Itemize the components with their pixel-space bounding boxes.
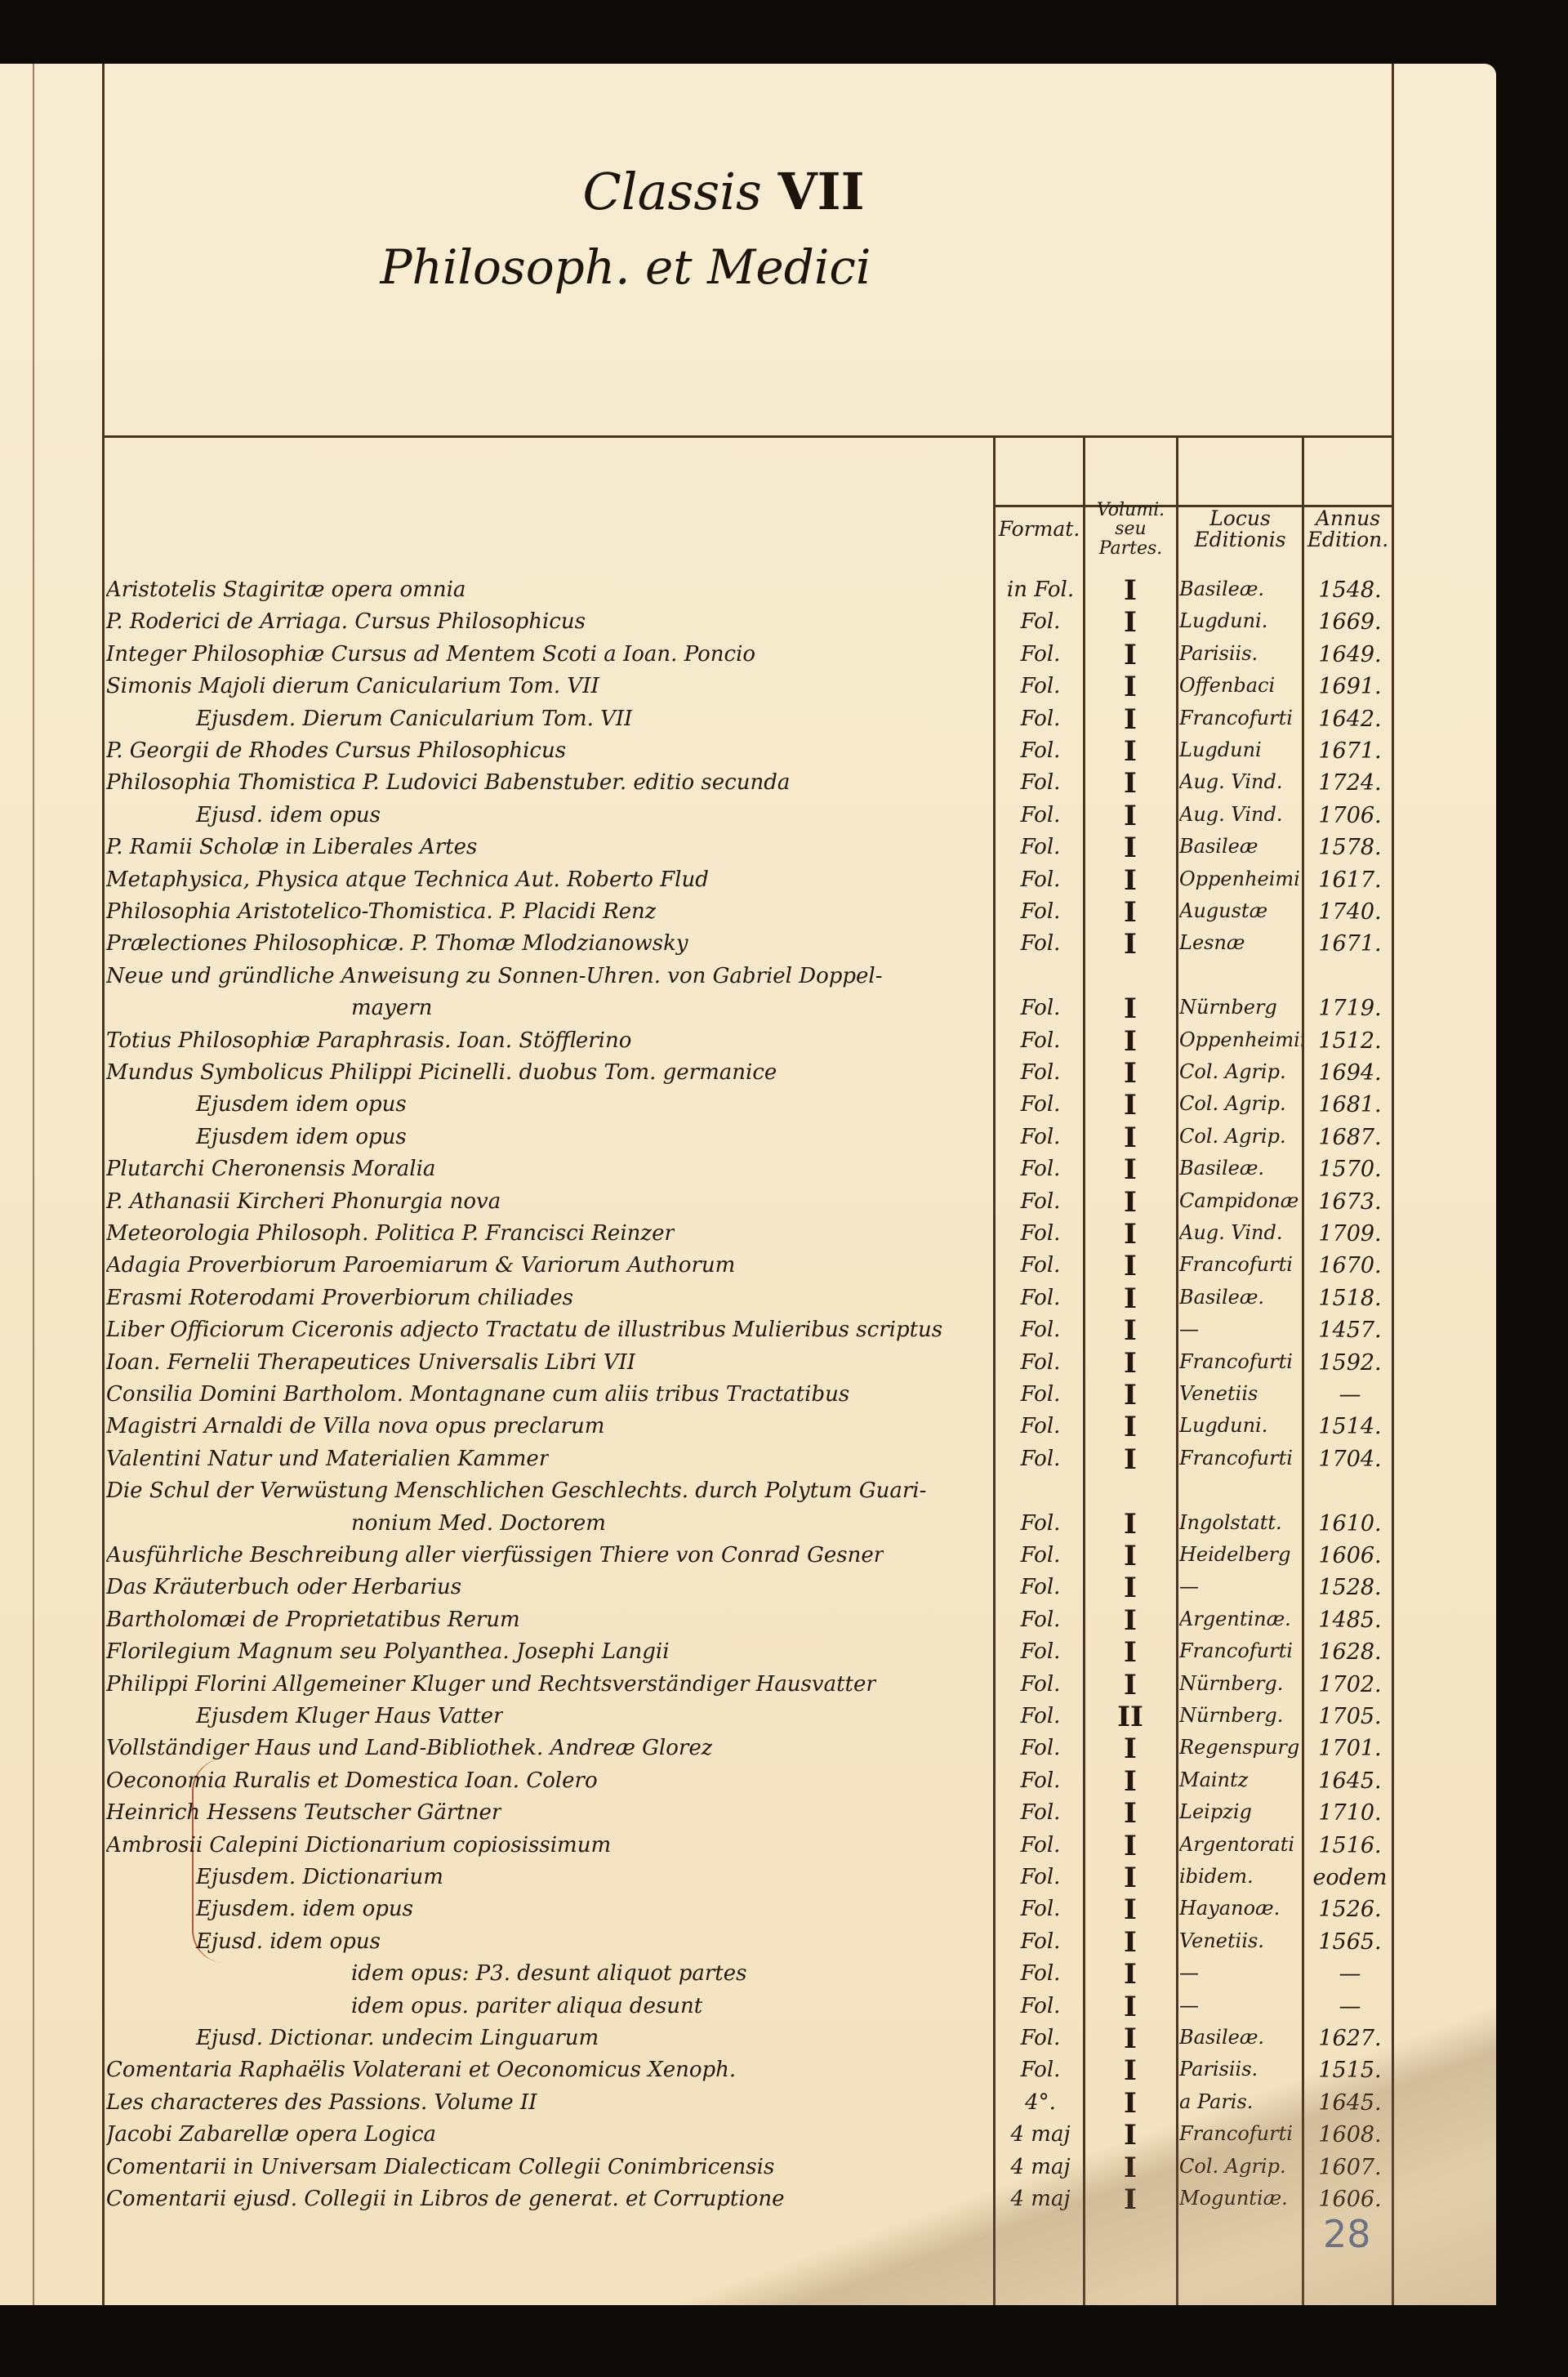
entry-locus: Venetiis. bbox=[1179, 1929, 1302, 1952]
table-row: Ejusdem. Dierum Canicularium Tom. VII Fo… bbox=[101, 703, 1396, 736]
entry-locus: Francofurti bbox=[1179, 707, 1302, 729]
entry-year: 1649. bbox=[1306, 642, 1394, 667]
table-row: P. Georgii de Rhodes Cursus Philosophicu… bbox=[101, 735, 1396, 768]
entry-volumes: I bbox=[1085, 1089, 1175, 1122]
entry-year: 1514. bbox=[1306, 1414, 1394, 1439]
entry-volumes: I bbox=[1085, 2183, 1175, 2216]
entry-locus: Heidelberg bbox=[1179, 1543, 1302, 1566]
entry-year: 1610. bbox=[1306, 1511, 1394, 1536]
entry-format: Fol. bbox=[1000, 1672, 1081, 1697]
entry-year: 1606. bbox=[1306, 2187, 1394, 2212]
class-label: Classis bbox=[582, 162, 762, 221]
entry-year: 1702. bbox=[1306, 1672, 1394, 1697]
table-row: Comentarii in Universam Dialecticam Coll… bbox=[101, 2152, 1396, 2184]
entry-year: 1526. bbox=[1306, 1897, 1394, 1922]
table-row: Plutarchi Cheronensis Moralia Fol. I Bas… bbox=[101, 1153, 1396, 1186]
entry-format: Fol. bbox=[1000, 1736, 1081, 1760]
entry-title: Philosophia Aristotelico-Thomistica. P. … bbox=[106, 899, 656, 924]
entry-year: 1645. bbox=[1306, 2090, 1394, 2116]
entry-format: Fol. bbox=[1000, 931, 1081, 956]
entry-title: Metaphysica, Physica atque Technica Aut.… bbox=[106, 867, 709, 892]
entry-locus: Francofurti bbox=[1179, 1447, 1302, 1469]
entry-year: 1627. bbox=[1306, 2026, 1394, 2051]
entry-format: Fol. bbox=[1000, 1575, 1081, 1599]
entry-title: Ejusdem. Dictionarium bbox=[106, 1865, 443, 1889]
entry-format: Fol. bbox=[1000, 1414, 1081, 1438]
entry-locus: Parisiis. bbox=[1179, 642, 1302, 665]
table-row: Heinrich Hessens Teutscher Gärtner Fol. … bbox=[101, 1797, 1396, 1830]
entry-locus: Oppenheimii bbox=[1179, 1028, 1302, 1051]
entry-year: 1704. bbox=[1306, 1447, 1394, 1472]
entry-format: Fol. bbox=[1000, 1704, 1081, 1728]
entry-volumes: I bbox=[1085, 896, 1175, 929]
table-row: Adagia Proverbiorum Paroemiarum & Varior… bbox=[101, 1250, 1396, 1282]
entry-year: 1570. bbox=[1306, 1157, 1394, 1182]
table-row: Totius Philosophiæ Paraphrasis. Ioan. St… bbox=[101, 1025, 1396, 1058]
entry-title: Ejusd. idem opus bbox=[106, 1929, 381, 1954]
entry-locus: Col. Agrip. bbox=[1179, 1092, 1302, 1115]
entry-title: Integer Philosophiæ Cursus ad Mentem Sco… bbox=[106, 642, 755, 667]
entry-year: 1694. bbox=[1306, 1060, 1394, 1086]
entry-volumes: I bbox=[1085, 2152, 1175, 2184]
entry-format: Fol. bbox=[1000, 707, 1081, 731]
entry-title: nonium Med. Doctorem bbox=[106, 1511, 606, 1536]
table-row: Ioan. Fernelii Therapeutices Universalis… bbox=[101, 1347, 1396, 1380]
entry-locus: Francofurti bbox=[1179, 2122, 1302, 2145]
entry-locus: Aug. Vind. bbox=[1179, 803, 1302, 826]
entry-volumes: I bbox=[1085, 1186, 1175, 1219]
table-row: Meteorologia Philosoph. Politica P. Fran… bbox=[101, 1218, 1396, 1251]
entry-title: Ejusdem idem opus bbox=[106, 1092, 407, 1117]
entry-format: Fol. bbox=[1000, 1994, 1081, 2018]
entry-volumes: I bbox=[1085, 2054, 1175, 2087]
table-row: Ausführliche Beschreibung aller vierfüss… bbox=[101, 1540, 1396, 1572]
entry-locus: Basileæ bbox=[1179, 835, 1302, 858]
entry-title: Comentaria Raphaëlis Volaterani et Oecon… bbox=[106, 2058, 736, 2082]
entry-locus: Leipzig bbox=[1179, 1800, 1302, 1823]
entry-year: 1701. bbox=[1306, 1736, 1394, 1761]
table-row: Mundus Symbolicus Philippi Picinelli. du… bbox=[101, 1057, 1396, 1090]
entry-year: 1642. bbox=[1306, 707, 1394, 732]
entry-locus: Aug. Vind. bbox=[1179, 1221, 1302, 1244]
table-row: idem opus. pariter aliqua desunt Fol. I … bbox=[101, 1991, 1396, 2023]
entry-title: Ejusd. Dictionar. undecim Linguarum bbox=[106, 2026, 599, 2050]
binding-fold-line bbox=[33, 64, 34, 2305]
entry-volumes: I bbox=[1085, 574, 1175, 607]
table-row: Comentarii ejusd. Collegii in Libros de … bbox=[101, 2183, 1396, 2216]
column-header-annus-label: Annus Edition. bbox=[1304, 508, 1392, 551]
entry-format: Fol. bbox=[1000, 1189, 1081, 1214]
table-row: Ejusdem. Dictionarium Fol. I ibidem. eod… bbox=[101, 1862, 1396, 1894]
entry-format: Fol. bbox=[1000, 1639, 1081, 1664]
entry-title: Magistri Arnaldi de Villa nova opus prec… bbox=[106, 1414, 604, 1438]
entry-format: Fol. bbox=[1000, 1608, 1081, 1632]
entry-format: Fol. bbox=[1000, 899, 1081, 924]
entry-title: Ausführliche Beschreibung aller vierfüss… bbox=[106, 1543, 884, 1568]
entry-format: Fol. bbox=[1000, 609, 1081, 634]
column-header-locus-label: Locus Editionis bbox=[1178, 508, 1302, 551]
entry-locus: Moguntiæ. bbox=[1179, 2187, 1302, 2210]
table-row: Die Schul der Verwüstung Menschlichen Ge… bbox=[101, 1475, 1396, 1508]
table-row: Ejusdem idem opus Fol. I Col. Agrip. 168… bbox=[101, 1122, 1396, 1154]
entry-locus: Lesnæ bbox=[1179, 931, 1302, 954]
entry-title: Das Kräuterbuch oder Herbarius bbox=[106, 1575, 461, 1599]
entry-volumes: I bbox=[1085, 2022, 1175, 2055]
entry-year: 1645. bbox=[1306, 1768, 1394, 1794]
entry-locus: Parisiis. bbox=[1179, 2058, 1302, 2080]
page-number: 28 bbox=[1323, 2212, 1371, 2256]
entry-year: 1515. bbox=[1306, 2058, 1394, 2083]
entry-format: Fol. bbox=[1000, 803, 1081, 827]
table-row: P. Roderici de Arriaga. Cursus Philosoph… bbox=[101, 606, 1396, 639]
entry-volumes: I bbox=[1085, 1862, 1175, 1894]
entry-format: Fol. bbox=[1000, 1800, 1081, 1825]
entry-volumes: II bbox=[1085, 1701, 1175, 1733]
class-subtitle: Philosoph. et Medici bbox=[0, 239, 1374, 295]
table-row: Comentaria Raphaëlis Volaterani et Oecon… bbox=[101, 2054, 1396, 2087]
entry-locus: Ingolstatt. bbox=[1179, 1511, 1302, 1534]
entry-volumes: I bbox=[1085, 1122, 1175, 1154]
entry-volumes: I bbox=[1085, 1733, 1175, 1765]
entry-title: Comentarii ejusd. Collegii in Libros de … bbox=[106, 2187, 784, 2211]
table-row: Liber Officiorum Ciceronis adjecto Tract… bbox=[101, 1314, 1396, 1347]
entry-format: Fol. bbox=[1000, 1768, 1081, 1793]
entry-year: eodem bbox=[1306, 1865, 1394, 1890]
entry-year: 1565. bbox=[1306, 1929, 1394, 1955]
entry-year: 1671. bbox=[1306, 738, 1394, 764]
entry-format: Fol. bbox=[1000, 1092, 1081, 1117]
entry-title: Vollständiger Haus und Land-Bibliothek. … bbox=[106, 1736, 712, 1760]
table-row: Philippi Florini Allgemeiner Kluger und … bbox=[101, 1669, 1396, 1701]
entry-title: Neue und gründliche Anweisung zu Sonnen-… bbox=[106, 964, 883, 988]
entry-volumes: I bbox=[1085, 1282, 1175, 1315]
entry-volumes: I bbox=[1085, 767, 1175, 800]
entry-volumes: I bbox=[1085, 1572, 1175, 1604]
entry-title: Les characteres des Passions. Volume II bbox=[106, 2090, 537, 2115]
table-row: Neue und gründliche Anweisung zu Sonnen-… bbox=[101, 961, 1396, 993]
entry-year: 1709. bbox=[1306, 1221, 1394, 1246]
entry-locus: Col. Agrip. bbox=[1179, 1060, 1302, 1083]
table-row: Metaphysica, Physica atque Technica Aut.… bbox=[101, 864, 1396, 897]
entry-locus: Hayanoæ. bbox=[1179, 1897, 1302, 1920]
entry-format: Fol. bbox=[1000, 1447, 1081, 1471]
entry-volumes: I bbox=[1085, 2087, 1175, 2120]
entry-title: Ejusdem. Dierum Canicularium Tom. VII bbox=[106, 707, 632, 731]
entry-locus: Basileæ. bbox=[1179, 1157, 1302, 1180]
table-row: Prælectiones Philosophicæ. P. Thomæ Mlod… bbox=[101, 928, 1396, 961]
entry-year: 1671. bbox=[1306, 931, 1394, 957]
entry-volumes: I bbox=[1085, 1347, 1175, 1380]
entry-volumes: I bbox=[1085, 1958, 1175, 1991]
entry-year: 1512. bbox=[1306, 1028, 1394, 1054]
entry-format: Fol. bbox=[1000, 1511, 1081, 1536]
entry-year: 1740. bbox=[1306, 899, 1394, 925]
entry-year: 1669. bbox=[1306, 609, 1394, 635]
entry-title: Comentarii in Universam Dialecticam Coll… bbox=[106, 2155, 774, 2179]
entry-title: Heinrich Hessens Teutscher Gärtner bbox=[106, 1800, 501, 1825]
entry-volumes: I bbox=[1085, 832, 1175, 864]
entry-format: Fol. bbox=[1000, 1060, 1081, 1085]
entry-volumes: I bbox=[1085, 1057, 1175, 1090]
entry-volumes: I bbox=[1085, 1411, 1175, 1443]
table-row: Ejusd. idem opus Fol. I Venetiis. 1565. bbox=[101, 1926, 1396, 1959]
entry-year: 1670. bbox=[1306, 1253, 1394, 1278]
entry-volumes: I bbox=[1085, 800, 1175, 832]
entry-year: 1592. bbox=[1306, 1350, 1394, 1376]
table-row: idem opus: P3. desunt aliquot partes Fol… bbox=[101, 1958, 1396, 1991]
entry-volumes: I bbox=[1085, 1926, 1175, 1959]
entry-format: Fol. bbox=[1000, 1543, 1081, 1568]
column-header-format-label: Format. bbox=[999, 519, 1080, 540]
table-row: Florilegium Magnum seu Polyanthea. Josep… bbox=[101, 1636, 1396, 1669]
table-row: P. Athanasii Kircheri Phonurgia nova Fol… bbox=[101, 1186, 1396, 1219]
entry-format: Fol. bbox=[1000, 1929, 1081, 1954]
table-row: Ejusd. idem opus Fol. I Aug. Vind. 1706. bbox=[101, 800, 1396, 832]
column-header-volumes-label: Volumi. seu Partes. bbox=[1085, 501, 1176, 557]
entry-locus: Campidonæ bbox=[1179, 1189, 1302, 1212]
entry-year: 1710. bbox=[1306, 1800, 1394, 1826]
entry-locus: Lugduni. bbox=[1179, 609, 1302, 632]
table-row: Les characteres des Passions. Volume II … bbox=[101, 2087, 1396, 2120]
entry-volumes: I bbox=[1085, 735, 1175, 768]
entry-title: Bartholomæi de Proprietatibus Rerum bbox=[106, 1608, 520, 1632]
entry-year: 1719. bbox=[1306, 996, 1394, 1021]
entry-year: 1691. bbox=[1306, 674, 1394, 699]
entry-volumes: I bbox=[1085, 1443, 1175, 1476]
entry-title: Ejusd. idem opus bbox=[106, 803, 381, 827]
entry-format: 4 maj bbox=[1000, 2155, 1081, 2179]
entry-year: 1681. bbox=[1306, 1092, 1394, 1117]
entry-title: Liber Officiorum Ciceronis adjecto Tract… bbox=[106, 1318, 942, 1342]
entry-format: Fol. bbox=[1000, 770, 1081, 795]
table-row: Valentini Natur und Materialien Kammer F… bbox=[101, 1443, 1396, 1476]
table-row: Das Kräuterbuch oder Herbarius Fol. I — … bbox=[101, 1572, 1396, 1604]
entry-title: Ambrosii Calepini Dictionarium copiosiss… bbox=[106, 1833, 611, 1857]
entry-format: Fol. bbox=[1000, 1253, 1081, 1278]
table-row: Ejusdem idem opus Fol. I Col. Agrip. 168… bbox=[101, 1089, 1396, 1122]
entry-title: Florilegium Magnum seu Polyanthea. Josep… bbox=[106, 1639, 670, 1664]
entry-locus: — bbox=[1179, 1575, 1302, 1598]
entry-locus: Francofurti bbox=[1179, 1253, 1302, 1276]
entry-format: Fol. bbox=[1000, 996, 1081, 1020]
entry-locus: ibidem. bbox=[1179, 1865, 1302, 1888]
entry-year: — bbox=[1306, 1382, 1394, 1407]
entry-title: Prælectiones Philosophicæ. P. Thomæ Mlod… bbox=[106, 931, 688, 956]
table-row: Simonis Majoli dierum Canicularium Tom. … bbox=[101, 671, 1396, 703]
entry-title: Philosophia Thomistica P. Ludovici Baben… bbox=[106, 770, 790, 795]
entry-volumes: I bbox=[1085, 1250, 1175, 1282]
table-row: Erasmi Roterodami Proverbiorum chiliades… bbox=[101, 1282, 1396, 1315]
entry-title: Philippi Florini Allgemeiner Kluger und … bbox=[106, 1672, 876, 1697]
entry-title: Die Schul der Verwüstung Menschlichen Ge… bbox=[106, 1478, 926, 1503]
entry-year: 1705. bbox=[1306, 1704, 1394, 1729]
entry-volumes: I bbox=[1085, 703, 1175, 736]
entry-locus: Nürnberg bbox=[1179, 996, 1302, 1019]
entry-volumes: I bbox=[1085, 1636, 1175, 1669]
table-row: mayern Fol. I Nürnberg 1719. bbox=[101, 992, 1396, 1025]
entry-format: Fol. bbox=[1000, 1028, 1081, 1053]
entry-volumes: I bbox=[1085, 1153, 1175, 1186]
entry-year: 1706. bbox=[1306, 803, 1394, 828]
entry-format: Fol. bbox=[1000, 835, 1081, 859]
entry-volumes: I bbox=[1085, 1218, 1175, 1251]
entry-locus: Regenspurg bbox=[1179, 1736, 1302, 1759]
entry-year: 1687. bbox=[1306, 1125, 1394, 1150]
table-row: Bartholomæi de Proprietatibus Rerum Fol.… bbox=[101, 1604, 1396, 1637]
entry-title: Oeconomia Ruralis et Domestica Ioan. Col… bbox=[106, 1768, 598, 1793]
entry-title: P. Georgii de Rhodes Cursus Philosophicu… bbox=[106, 738, 566, 763]
entry-year: 1578. bbox=[1306, 835, 1394, 860]
entry-locus: Col. Agrip. bbox=[1179, 2155, 1302, 2178]
table-row: Philosophia Thomistica P. Ludovici Baben… bbox=[101, 767, 1396, 800]
entry-locus: Nürnberg. bbox=[1179, 1704, 1302, 1727]
entry-year: 1485. bbox=[1306, 1608, 1394, 1633]
table-row: Ejusd. Dictionar. undecim Linguarum Fol.… bbox=[101, 2022, 1396, 2055]
column-header-format: Format. bbox=[996, 488, 1083, 570]
table-row: Jacobi Zabarellæ opera Logica 4 maj I Fr… bbox=[101, 2119, 1396, 2152]
entry-title: Ioan. Fernelii Therapeutices Universalis… bbox=[106, 1350, 635, 1375]
entry-locus: Francofurti bbox=[1179, 1639, 1302, 1662]
entry-locus: Col. Agrip. bbox=[1179, 1125, 1302, 1148]
entry-format: Fol. bbox=[1000, 1865, 1081, 1889]
entry-title: Meteorologia Philosoph. Politica P. Fran… bbox=[106, 1221, 675, 1246]
entry-volumes: I bbox=[1085, 1765, 1175, 1798]
entry-year: 1607. bbox=[1306, 2155, 1394, 2180]
entry-volumes: I bbox=[1085, 1604, 1175, 1637]
table-row: nonium Med. Doctorem Fol. I Ingolstatt. … bbox=[101, 1508, 1396, 1541]
entry-title: Ejusdem. idem opus bbox=[106, 1897, 413, 1921]
entry-title: Totius Philosophiæ Paraphrasis. Ioan. St… bbox=[106, 1028, 631, 1053]
entry-format: Fol. bbox=[1000, 1286, 1081, 1310]
entry-title: Ejusdem Kluger Haus Vatter bbox=[106, 1704, 503, 1728]
entry-year: 1724. bbox=[1306, 770, 1394, 796]
entry-volumes: I bbox=[1085, 671, 1175, 703]
entry-format: Fol. bbox=[1000, 2058, 1081, 2082]
class-heading: Classis VII bbox=[0, 162, 1472, 221]
entry-locus: Oppenheimi bbox=[1179, 867, 1302, 890]
entry-title: Ejusdem idem opus bbox=[106, 1125, 407, 1149]
table-row: Philosophia Aristotelico-Thomistica. P. … bbox=[101, 896, 1396, 929]
entry-volumes: I bbox=[1085, 1540, 1175, 1572]
entry-volumes: I bbox=[1085, 1314, 1175, 1347]
entry-volumes: I bbox=[1085, 639, 1175, 671]
entry-locus: Lugduni bbox=[1179, 738, 1302, 761]
entry-title: Plutarchi Cheronensis Moralia bbox=[106, 1157, 435, 1181]
entry-locus: — bbox=[1179, 1318, 1302, 1340]
manuscript-page: Classis VII Philosoph. et Medici Format.… bbox=[0, 64, 1496, 2305]
table-row: Ejusdem. idem opus Fol. I Hayanoæ. 1526. bbox=[101, 1893, 1396, 1926]
table-row: Aristotelis Stagiritæ opera omnia in Fol… bbox=[101, 574, 1396, 607]
table-row: Vollständiger Haus und Land-Bibliothek. … bbox=[101, 1733, 1396, 1765]
entry-volumes: I bbox=[1085, 1379, 1175, 1411]
entry-format: Fol. bbox=[1000, 1382, 1081, 1407]
column-header-annus: Annus Edition. bbox=[1304, 488, 1392, 570]
entry-locus: a Paris. bbox=[1179, 2090, 1302, 2113]
entry-locus: Augustæ bbox=[1179, 899, 1302, 922]
entry-volumes: I bbox=[1085, 928, 1175, 961]
entry-title: Simonis Majoli dierum Canicularium Tom. … bbox=[106, 674, 599, 698]
entry-volumes: I bbox=[1085, 1025, 1175, 1058]
entry-locus: — bbox=[1179, 1961, 1302, 1984]
entry-volumes: I bbox=[1085, 1893, 1175, 1926]
entry-title: Consilia Domini Bartholom. Montagnane cu… bbox=[106, 1382, 849, 1407]
entry-format: Fol. bbox=[1000, 2026, 1081, 2050]
table-row: Ejusdem Kluger Haus Vatter Fol. II Nürnb… bbox=[101, 1701, 1396, 1733]
entry-format: Fol. bbox=[1000, 738, 1081, 763]
table-row: Magistri Arnaldi de Villa nova opus prec… bbox=[101, 1411, 1396, 1443]
entry-year: 1518. bbox=[1306, 1286, 1394, 1311]
entry-format: Fol. bbox=[1000, 1157, 1081, 1181]
entry-year: 1628. bbox=[1306, 1639, 1394, 1665]
entry-year: — bbox=[1306, 1961, 1394, 1987]
entry-locus: Venetiis bbox=[1179, 1382, 1302, 1405]
entry-title: P. Athanasii Kircheri Phonurgia nova bbox=[106, 1189, 501, 1214]
entry-title: Aristotelis Stagiritæ opera omnia bbox=[106, 578, 465, 602]
entry-title: Valentini Natur und Materialien Kammer bbox=[106, 1447, 549, 1471]
entry-format: Fol. bbox=[1000, 1318, 1081, 1342]
entry-volumes: I bbox=[1085, 1797, 1175, 1830]
entry-locus: Maintz bbox=[1179, 1768, 1302, 1791]
table-row: Consilia Domini Bartholom. Montagnane cu… bbox=[101, 1379, 1396, 1411]
entry-locus: Aug. Vind. bbox=[1179, 770, 1302, 793]
entry-year: 1528. bbox=[1306, 1575, 1394, 1600]
entry-format: 4 maj bbox=[1000, 2122, 1081, 2147]
entry-volumes: I bbox=[1085, 1669, 1175, 1701]
entry-locus: Argentinæ. bbox=[1179, 1608, 1302, 1630]
entry-volumes: I bbox=[1085, 606, 1175, 639]
entry-format: Fol. bbox=[1000, 674, 1081, 698]
entry-year: 1608. bbox=[1306, 2122, 1394, 2147]
entry-format: Fol. bbox=[1000, 642, 1081, 667]
entry-format: 4 maj bbox=[1000, 2187, 1081, 2211]
entry-locus: — bbox=[1179, 1994, 1302, 2017]
entry-year: 1617. bbox=[1306, 867, 1394, 893]
entry-volumes: I bbox=[1085, 1991, 1175, 2023]
table-row: Oeconomia Ruralis et Domestica Ioan. Col… bbox=[101, 1765, 1396, 1798]
entry-title: Mundus Symbolicus Philippi Picinelli. du… bbox=[106, 1060, 777, 1085]
entry-format: Fol. bbox=[1000, 1350, 1081, 1375]
entry-locus: Argentorati bbox=[1179, 1833, 1302, 1856]
entry-year: 1516. bbox=[1306, 1833, 1394, 1858]
entry-year: 1606. bbox=[1306, 1543, 1394, 1568]
header-top-rule bbox=[102, 435, 1394, 438]
entry-locus: Nürnberg. bbox=[1179, 1672, 1302, 1695]
entry-format: in Fol. bbox=[1000, 578, 1081, 602]
entry-volumes: I bbox=[1085, 1830, 1175, 1862]
class-number: VII bbox=[778, 162, 865, 221]
entry-year: — bbox=[1306, 1994, 1394, 2019]
entry-title: Erasmi Roterodami Proverbiorum chiliades bbox=[106, 1286, 573, 1310]
column-header-volumes: Volumi. seu Partes. bbox=[1085, 488, 1176, 570]
table-row: P. Ramii Scholæ in Liberales Artes Fol. … bbox=[101, 832, 1396, 864]
entry-year: 1457. bbox=[1306, 1318, 1394, 1343]
entry-volumes: I bbox=[1085, 1508, 1175, 1541]
entry-title: P. Ramii Scholæ in Liberales Artes bbox=[106, 835, 477, 859]
entry-title: Adagia Proverbiorum Paroemiarum & Varior… bbox=[106, 1253, 735, 1278]
entry-volumes: I bbox=[1085, 2119, 1175, 2152]
entry-locus: Francofurti bbox=[1179, 1350, 1302, 1373]
entry-locus: Basileæ. bbox=[1179, 1286, 1302, 1309]
entry-title: Jacobi Zabarellæ opera Logica bbox=[106, 2122, 436, 2147]
entry-format: Fol. bbox=[1000, 1125, 1081, 1149]
entry-format: Fol. bbox=[1000, 867, 1081, 892]
entry-format: Fol. bbox=[1000, 1833, 1081, 1857]
entry-volumes: I bbox=[1085, 992, 1175, 1025]
entry-title: idem opus: P3. desunt aliquot partes bbox=[106, 1961, 746, 1986]
table-row: Integer Philosophiæ Cursus ad Mentem Sco… bbox=[101, 639, 1396, 671]
entry-title: idem opus. pariter aliqua desunt bbox=[106, 1994, 702, 2018]
table-row: Ambrosii Calepini Dictionarium copiosiss… bbox=[101, 1830, 1396, 1862]
